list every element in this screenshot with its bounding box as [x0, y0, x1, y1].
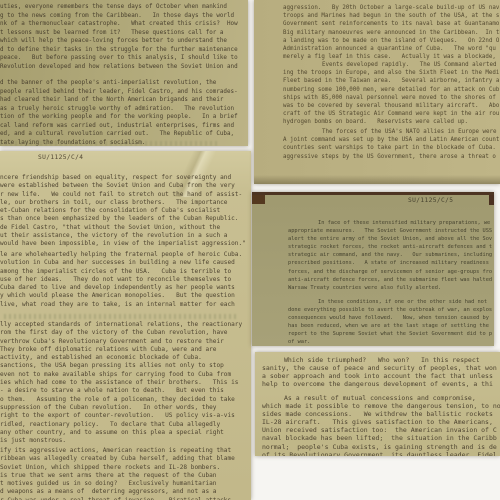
text-line: of its Revolutionary Government, its dau…: [262, 451, 500, 456]
text-line: Events developed rapidly. The US Command…: [283, 61, 500, 69]
clipped-text-artifact: [0, 141, 218, 146]
scanned-page-left-main: SU/1125/C/4 ncere friendship based on eq…: [0, 151, 251, 500]
text-line: craft of the US Strategic Air Command we…: [283, 110, 500, 118]
paragraph: lly accepted standards of international …: [0, 321, 251, 445]
text-line: y which would please the American monopo…: [0, 292, 251, 300]
text-line: The forces of the USA's NATO allies in E…: [283, 128, 500, 136]
text-line: - a desire to starve a whole nation to d…: [0, 387, 251, 395]
paragraph: Which side triumphed? Who won? In this r…: [262, 356, 500, 388]
text-line: people rallied behind their leader, Fide…: [0, 88, 248, 97]
text-line: sides made concessions. We withdrew the …: [262, 410, 500, 418]
text-line: which will help the peace-loving forces …: [0, 37, 248, 46]
text-line: Big military manoeuvres were announced i…: [283, 29, 500, 37]
text-line: o them. Assuming the role of a policeman…: [0, 396, 251, 404]
text-line: strategic rocket forces, the rocket anti…: [288, 243, 494, 251]
page-reference: SU/1125/C/4: [38, 154, 83, 161]
text-line: of war.: [288, 338, 494, 346]
text-line: countries sent warships to take part in …: [283, 144, 500, 152]
page-reference: SU/1125/C/5: [408, 197, 453, 204]
document-collage: uties, everyone remembers the tense days…: [0, 0, 500, 500]
text-line: as a truely heroic struggle worthy of ad…: [0, 105, 248, 114]
paragraph: le are wholeheartedly helping the frater…: [0, 251, 251, 309]
text-line: would have been impossible, in view of t…: [0, 240, 251, 248]
text-line: aggressive steps by the US Government, t…: [283, 153, 500, 161]
text-line: among the imperialist circles of the USA…: [0, 268, 251, 276]
scanned-page-top-right: aggression. By 20th October a large-scal…: [254, 0, 500, 184]
text-line: d to define their tasks in the struggle …: [0, 46, 248, 55]
paragraph: The forces of the USA's NATO allies in E…: [283, 128, 500, 161]
text-line: r new life. We could not fail to stretch…: [0, 191, 251, 199]
text-line: anti-aircraft defence forces, and the su…: [288, 276, 494, 284]
scanned-page-middle-right: SU/1125/C/5 In face of these intensified…: [252, 192, 494, 346]
text-line: Union received satisfaction too: the Ame…: [262, 426, 500, 434]
text-line: report to the Supreme Soviet what the So…: [288, 330, 494, 338]
text-line: ify its aggressive actions, American rea…: [0, 447, 251, 455]
text-line: Revolution developed and how relations b…: [0, 63, 248, 72]
text-line: a landing was to be made on the island o…: [283, 37, 500, 45]
text-line: t motives guided us in so doing? Exclusi…: [0, 480, 251, 488]
paragraph: In face of these intensified military pr…: [288, 219, 494, 292]
text-line: volution in Cuba and her successes in bu…: [0, 259, 251, 267]
text-line: ing the troops in Europe, and also the S…: [283, 69, 500, 77]
text-line: de Fidel Castro, "that without the Sovie…: [0, 224, 251, 232]
text-line: ships with 85,000 naval personnel were m…: [283, 94, 500, 102]
paragraph: uties, everyone remembers the tense days…: [0, 3, 248, 71]
text-line: t lessons must be learned from it? These…: [0, 29, 248, 38]
text-line: ed, and a cultural revolution carried ou…: [0, 130, 248, 139]
text-line: g to the news coming from the Caribbean.…: [0, 12, 248, 21]
text-line: ut their assistance, the victory of the …: [0, 232, 251, 240]
paragraph: Events developed rapidly. The US Command…: [283, 61, 500, 127]
text-line: uties, everyone remembers the tense days…: [0, 3, 248, 12]
text-line: has been reduced, when we are at the las…: [288, 322, 494, 330]
text-line: done everything possible to avert the ou…: [288, 306, 494, 314]
paragraph: ncere friendship based on equality, resp…: [0, 174, 251, 249]
text-line: Soviet Union, which shipped there rocket…: [0, 464, 251, 472]
text-line: d the banner of the people's anti-imperi…: [0, 79, 248, 88]
text-line: use of her ideas. They do not want to re…: [0, 276, 251, 284]
text-line: alert the entire army of the Soviet Unio…: [288, 235, 494, 243]
text-line: s than once been emphasized by the leade…: [0, 215, 251, 223]
text-line: peace. But before passing over to this a…: [0, 54, 248, 63]
text-line: is true that we sent arms there at the r…: [0, 472, 251, 480]
text-line: nk of a thermonuclear catastrophe. What …: [0, 20, 248, 29]
text-line: suppression of the Cuban revolution. In …: [0, 404, 251, 412]
text-line: In these conditions, if one or the other…: [288, 298, 494, 306]
text-line: appropriate measures. The Soviet Governm…: [288, 227, 494, 235]
text-line: Administration announced a quarantine of…: [283, 45, 500, 53]
text-line: Government sent reinforcements to its na…: [283, 20, 500, 28]
text-line: A joint command was set up by the USA an…: [283, 136, 500, 144]
scanned-page-top-left: uties, everyone remembers the tense days…: [0, 0, 248, 146]
text-line: help to overcome the dangerous developme…: [262, 380, 500, 388]
text-line: Warsaw Treaty countries were also fully …: [288, 284, 494, 292]
text-line: ridled, reactionary policy. To declare t…: [0, 421, 251, 429]
text-line: ncere friendship based on equality, resp…: [0, 174, 251, 182]
text-line: aggression. By 20th October a large-scal…: [283, 4, 500, 12]
text-line: was to be covered by several thousand mi…: [283, 102, 500, 110]
text-line: a sober approach and took into account t…: [262, 372, 500, 380]
text-line: They broke off diplomatic relations with…: [0, 346, 251, 354]
text-line: Which side triumphed? Who won? In this r…: [262, 356, 500, 364]
text-line: cal land reform was carried out, industr…: [0, 122, 248, 131]
text-line: verthrow Cuba's Revolutionary Government…: [0, 338, 251, 346]
text-line: sanity, the cause of peace and security …: [262, 364, 500, 372]
text-line: In face of these intensified military pr…: [288, 219, 494, 227]
paragraph: As a result of mutual concessions and co…: [262, 394, 500, 456]
text-line: live, what road they are to take, is an …: [0, 301, 251, 309]
text-line: hydrogen bombs on board. Reservists were…: [283, 118, 500, 126]
text-line: Cuba dared to live and develop independe…: [0, 284, 251, 292]
text-line: le, our brothers in toil, our class brot…: [0, 199, 251, 207]
text-line: any other country, and to assume on this…: [0, 429, 251, 437]
text-line: ies which had come to the assistance of …: [0, 379, 251, 387]
bleed-through-text: [4, 314, 237, 319]
text-line: tion of the working people and for the w…: [0, 113, 248, 122]
paragraph: aggression. By 20th October a large-scal…: [283, 4, 500, 61]
paragraph: In these conditions, if one or the other…: [288, 298, 494, 346]
text-line: le are wholeheartedly helping the frater…: [0, 251, 251, 259]
text-line: consequences would have followed. Now, w…: [288, 314, 494, 322]
text-line: As a result of mutual concessions and co…: [262, 394, 500, 402]
text-line: activity, and established an economic bl…: [0, 354, 251, 362]
text-line: rom the first day of the victory of the …: [0, 329, 251, 337]
text-line: troops and Marines had begun in the sout…: [283, 12, 500, 20]
text-line: lly accepted standards of international …: [0, 321, 251, 329]
text-line: right to the export of counter-revolutio…: [0, 412, 251, 420]
text-line: numbering some 100,000 men, were detaile…: [283, 86, 500, 94]
text-line: which made it possible to remove the dan…: [262, 402, 500, 410]
text-line: had cleared their land of the North Amer…: [0, 96, 248, 105]
text-line: ribbean was allegedly created by Cuba he…: [0, 455, 251, 463]
text-line: normal; people's Cuba exists, is gaining…: [262, 443, 500, 451]
paragraph: ify its aggressive actions, American rea…: [0, 447, 251, 500]
paragraph: d the banner of the people's anti-imperi…: [0, 79, 248, 146]
text-line: is just monstrous.: [0, 437, 251, 445]
text-line: strategic air command, and the navy. Our…: [288, 251, 494, 259]
text-line: were established between the Soviet Unio…: [0, 182, 251, 190]
text-line: d weapons as a means of deterring aggres…: [0, 488, 251, 496]
text-line: IL-28 aircraft. This gives satisfaction …: [262, 418, 500, 426]
text-line: et-Cuban relations for the consolidation…: [0, 207, 251, 215]
text-line: sanctions, the USA began pressing its al…: [0, 362, 251, 370]
text-line: prescribed positions. A state of increas…: [288, 259, 494, 267]
text-line: naval blockade has been lifted; the situ…: [262, 434, 500, 442]
text-line: Fleet based in the Taiwan area. Several …: [283, 77, 500, 85]
scanned-page-bottom-right: Which side triumphed? Who won? In this r…: [255, 352, 500, 456]
text-line: forces, and the discharge of servicemen …: [288, 268, 494, 276]
text-line: even not to make available ships for car…: [0, 371, 251, 379]
